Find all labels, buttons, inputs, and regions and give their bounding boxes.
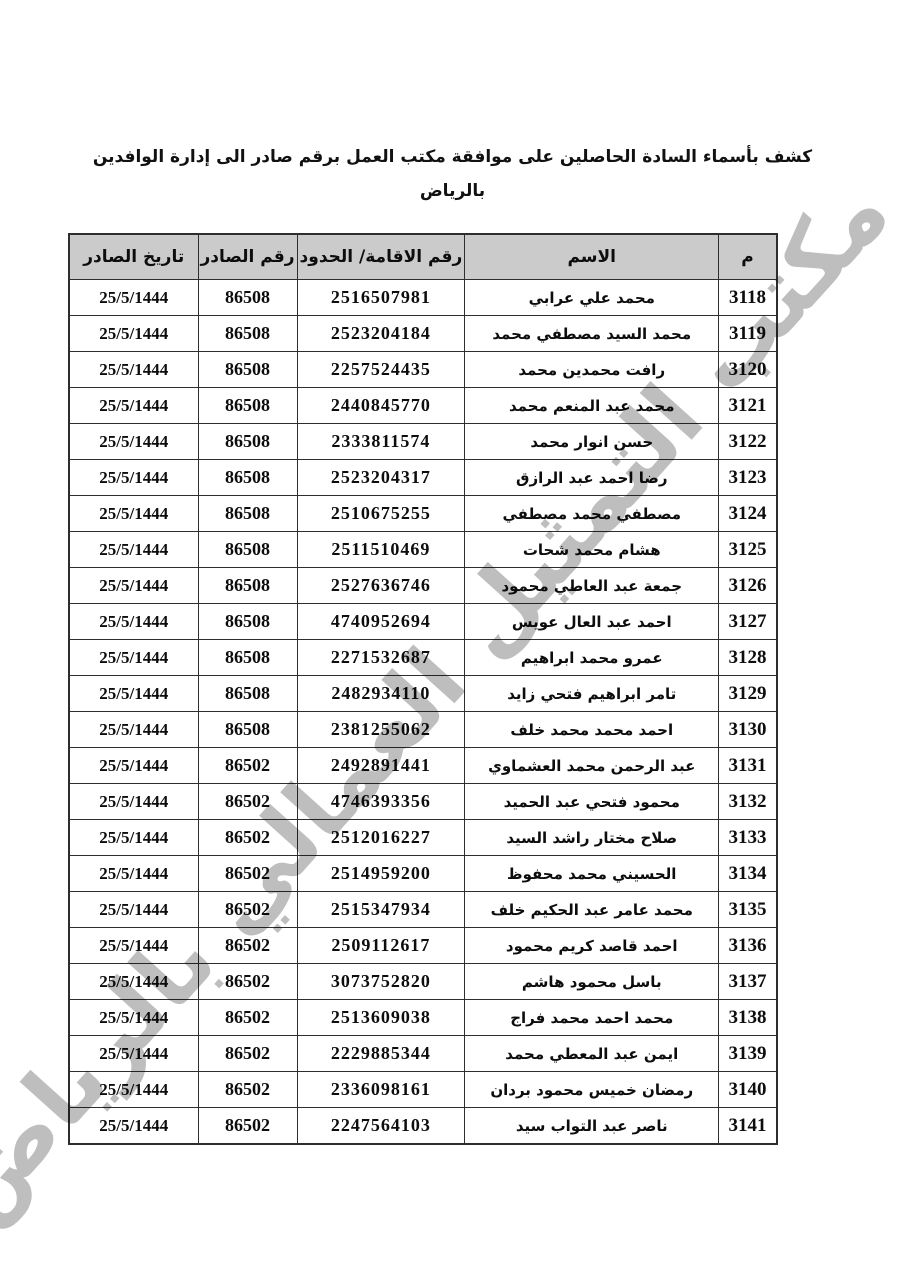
cell-residence: 2511510469: [297, 532, 465, 568]
cell-issue-no: 86508: [198, 604, 297, 640]
cell-index: 3140: [719, 1072, 777, 1108]
cell-index: 3136: [719, 928, 777, 964]
cell-issue-date: 25/5/1444: [69, 748, 198, 784]
cell-issue-date: 25/5/1444: [69, 1108, 198, 1145]
document-page: كشف بأسماء السادة الحاصلين على موافقة مك…: [0, 0, 905, 1280]
document-title: كشف بأسماء السادة الحاصلين على موافقة مك…: [0, 140, 905, 208]
cell-index: 3138: [719, 1000, 777, 1036]
cell-issue-date: 25/5/1444: [69, 424, 198, 460]
cell-issue-date: 25/5/1444: [69, 1036, 198, 1072]
cell-index: 3131: [719, 748, 777, 784]
cell-name: ناصر عبد التواب سيد: [465, 1108, 719, 1145]
cell-issue-no: 86502: [198, 928, 297, 964]
cell-residence: 2510675255: [297, 496, 465, 532]
table-row: 3137 باسل محمود هاشم 3073752820 86502 25…: [69, 964, 777, 1000]
cell-index: 3127: [719, 604, 777, 640]
cell-name: احمد محمد محمد خلف: [465, 712, 719, 748]
table-row: 3119 محمد السيد مصطفي محمد 2523204184 86…: [69, 316, 777, 352]
cell-issue-no: 86508: [198, 532, 297, 568]
cell-issue-no: 86502: [198, 1000, 297, 1036]
cell-name: احمد عبد العال عويس: [465, 604, 719, 640]
cell-issue-date: 25/5/1444: [69, 496, 198, 532]
cell-issue-date: 25/5/1444: [69, 280, 198, 316]
table-row: 3134 الحسيني محمد محفوظ 2514959200 86502…: [69, 856, 777, 892]
col-header-issue-date: تاريخ الصادر: [69, 234, 198, 280]
table-row: 3120 رافت محمدين محمد 2257524435 86508 2…: [69, 352, 777, 388]
cell-index: 3122: [719, 424, 777, 460]
cell-index: 3120: [719, 352, 777, 388]
cell-issue-no: 86508: [198, 460, 297, 496]
cell-issue-date: 25/5/1444: [69, 1072, 198, 1108]
cell-residence: 2440845770: [297, 388, 465, 424]
cell-name: عبد الرحمن محمد العشماوي: [465, 748, 719, 784]
cell-name: مصطفي محمد مصطفي: [465, 496, 719, 532]
cell-issue-no: 86508: [198, 568, 297, 604]
table-row: 3131 عبد الرحمن محمد العشماوي 2492891441…: [69, 748, 777, 784]
cell-index: 3121: [719, 388, 777, 424]
document-title-line2: بالرياض: [0, 174, 905, 208]
cell-residence: 2257524435: [297, 352, 465, 388]
cell-residence: 2527636746: [297, 568, 465, 604]
col-header-name: الاسم: [465, 234, 719, 280]
cell-name: احمد قاصد كريم محمود: [465, 928, 719, 964]
document-title-line1: كشف بأسماء السادة الحاصلين على موافقة مك…: [0, 140, 905, 174]
cell-index: 3130: [719, 712, 777, 748]
cell-residence: 2515347934: [297, 892, 465, 928]
cell-name: رضا احمد عبد الرازق: [465, 460, 719, 496]
cell-residence: 2333811574: [297, 424, 465, 460]
cell-name: محمد السيد مصطفي محمد: [465, 316, 719, 352]
cell-residence: 2492891441: [297, 748, 465, 784]
table-row: 3130 احمد محمد محمد خلف 2381255062 86508…: [69, 712, 777, 748]
cell-issue-date: 25/5/1444: [69, 316, 198, 352]
cell-issue-date: 25/5/1444: [69, 784, 198, 820]
table-row: 3118 محمد علي عرابي 2516507981 86508 25/…: [69, 280, 777, 316]
cell-issue-date: 25/5/1444: [69, 820, 198, 856]
table-row: 3128 عمرو محمد ابراهيم 2271532687 86508 …: [69, 640, 777, 676]
cell-name: جمعة عبد العاطي محمود: [465, 568, 719, 604]
cell-name: محمد عبد المنعم محمد: [465, 388, 719, 424]
cell-issue-no: 86508: [198, 316, 297, 352]
cell-issue-no: 86502: [198, 892, 297, 928]
cell-index: 3135: [719, 892, 777, 928]
table-header-row: م الاسم رقم الاقامة/ الحدود رقم الصادر ت…: [69, 234, 777, 280]
cell-name: حسن انوار محمد: [465, 424, 719, 460]
cell-issue-no: 86502: [198, 856, 297, 892]
cell-issue-no: 86502: [198, 964, 297, 1000]
cell-name: ايمن عبد المعطي محمد: [465, 1036, 719, 1072]
cell-issue-no: 86508: [198, 712, 297, 748]
cell-issue-no: 86502: [198, 1072, 297, 1108]
cell-issue-date: 25/5/1444: [69, 640, 198, 676]
cell-index: 3141: [719, 1108, 777, 1145]
cell-name: باسل محمود هاشم: [465, 964, 719, 1000]
col-header-index: م: [719, 234, 777, 280]
table-row: 3125 هشام محمد شحات 2511510469 86508 25/…: [69, 532, 777, 568]
table-row: 3123 رضا احمد عبد الرازق 2523204317 8650…: [69, 460, 777, 496]
cell-index: 3125: [719, 532, 777, 568]
cell-name: رمضان خميس محمود بردان: [465, 1072, 719, 1108]
cell-residence: 2523204184: [297, 316, 465, 352]
cell-name: الحسيني محمد محفوظ: [465, 856, 719, 892]
cell-name: محمد عامر عبد الحكيم خلف: [465, 892, 719, 928]
cell-residence: 2336098161: [297, 1072, 465, 1108]
cell-index: 3126: [719, 568, 777, 604]
cell-index: 3124: [719, 496, 777, 532]
cell-index: 3134: [719, 856, 777, 892]
cell-residence: 2229885344: [297, 1036, 465, 1072]
table-row: 3122 حسن انوار محمد 2333811574 86508 25/…: [69, 424, 777, 460]
cell-residence: 2509112617: [297, 928, 465, 964]
cell-index: 3128: [719, 640, 777, 676]
cell-issue-no: 86502: [198, 748, 297, 784]
cell-index: 3133: [719, 820, 777, 856]
cell-issue-date: 25/5/1444: [69, 460, 198, 496]
approvals-table: م الاسم رقم الاقامة/ الحدود رقم الصادر ت…: [68, 233, 778, 1145]
cell-name: محمد علي عرابي: [465, 280, 719, 316]
cell-name: محمود فتحي عبد الحميد: [465, 784, 719, 820]
table-row: 3140 رمضان خميس محمود بردان 2336098161 8…: [69, 1072, 777, 1108]
table-row: 3127 احمد عبد العال عويس 4740952694 8650…: [69, 604, 777, 640]
cell-residence: 2523204317: [297, 460, 465, 496]
cell-residence: 2271532687: [297, 640, 465, 676]
table-row: 3126 جمعة عبد العاطي محمود 2527636746 86…: [69, 568, 777, 604]
cell-name: محمد احمد محمد فراج: [465, 1000, 719, 1036]
table-row: 3132 محمود فتحي عبد الحميد 4746393356 86…: [69, 784, 777, 820]
cell-issue-date: 25/5/1444: [69, 892, 198, 928]
cell-issue-no: 86502: [198, 1036, 297, 1072]
table-row: 3129 تامر ابراهيم فتحي زايد 2482934110 8…: [69, 676, 777, 712]
cell-index: 3137: [719, 964, 777, 1000]
cell-index: 3129: [719, 676, 777, 712]
cell-issue-no: 86502: [198, 784, 297, 820]
cell-index: 3132: [719, 784, 777, 820]
cell-residence: 2513609038: [297, 1000, 465, 1036]
cell-issue-date: 25/5/1444: [69, 676, 198, 712]
cell-name: هشام محمد شحات: [465, 532, 719, 568]
cell-residence: 4746393356: [297, 784, 465, 820]
cell-issue-date: 25/5/1444: [69, 388, 198, 424]
cell-issue-no: 86508: [198, 352, 297, 388]
cell-residence: 2516507981: [297, 280, 465, 316]
table-row: 3138 محمد احمد محمد فراج 2513609038 8650…: [69, 1000, 777, 1036]
cell-name: تامر ابراهيم فتحي زايد: [465, 676, 719, 712]
table-row: 3121 محمد عبد المنعم محمد 2440845770 865…: [69, 388, 777, 424]
cell-issue-date: 25/5/1444: [69, 532, 198, 568]
cell-issue-date: 25/5/1444: [69, 352, 198, 388]
cell-issue-date: 25/5/1444: [69, 856, 198, 892]
cell-name: عمرو محمد ابراهيم: [465, 640, 719, 676]
cell-residence: 2514959200: [297, 856, 465, 892]
table-row: 3135 محمد عامر عبد الحكيم خلف 2515347934…: [69, 892, 777, 928]
col-header-residence: رقم الاقامة/ الحدود: [297, 234, 465, 280]
cell-residence: 2482934110: [297, 676, 465, 712]
cell-name: رافت محمدين محمد: [465, 352, 719, 388]
table-row: 3139 ايمن عبد المعطي محمد 2229885344 865…: [69, 1036, 777, 1072]
cell-issue-no: 86508: [198, 424, 297, 460]
cell-name: صلاح مختار راشد السيد: [465, 820, 719, 856]
cell-residence: 3073752820: [297, 964, 465, 1000]
cell-residence: 2381255062: [297, 712, 465, 748]
col-header-issue-no: رقم الصادر: [198, 234, 297, 280]
cell-issue-no: 86508: [198, 388, 297, 424]
cell-index: 3139: [719, 1036, 777, 1072]
cell-issue-no: 86508: [198, 496, 297, 532]
cell-issue-no: 86508: [198, 676, 297, 712]
cell-issue-date: 25/5/1444: [69, 1000, 198, 1036]
cell-issue-no: 86508: [198, 640, 297, 676]
cell-residence: 2512016227: [297, 820, 465, 856]
cell-residence: 4740952694: [297, 604, 465, 640]
cell-issue-date: 25/5/1444: [69, 568, 198, 604]
cell-issue-no: 86508: [198, 280, 297, 316]
cell-issue-date: 25/5/1444: [69, 928, 198, 964]
table-row: 3136 احمد قاصد كريم محمود 2509112617 865…: [69, 928, 777, 964]
table-body: 3118 محمد علي عرابي 2516507981 86508 25/…: [69, 280, 777, 1145]
cell-residence: 2247564103: [297, 1108, 465, 1145]
cell-index: 3123: [719, 460, 777, 496]
cell-issue-no: 86502: [198, 1108, 297, 1145]
cell-issue-date: 25/5/1444: [69, 964, 198, 1000]
table-row: 3141 ناصر عبد التواب سيد 2247564103 8650…: [69, 1108, 777, 1145]
cell-issue-no: 86502: [198, 820, 297, 856]
cell-issue-date: 25/5/1444: [69, 712, 198, 748]
table-row: 3133 صلاح مختار راشد السيد 2512016227 86…: [69, 820, 777, 856]
cell-index: 3119: [719, 316, 777, 352]
table-row: 3124 مصطفي محمد مصطفي 2510675255 86508 2…: [69, 496, 777, 532]
cell-issue-date: 25/5/1444: [69, 604, 198, 640]
cell-index: 3118: [719, 280, 777, 316]
